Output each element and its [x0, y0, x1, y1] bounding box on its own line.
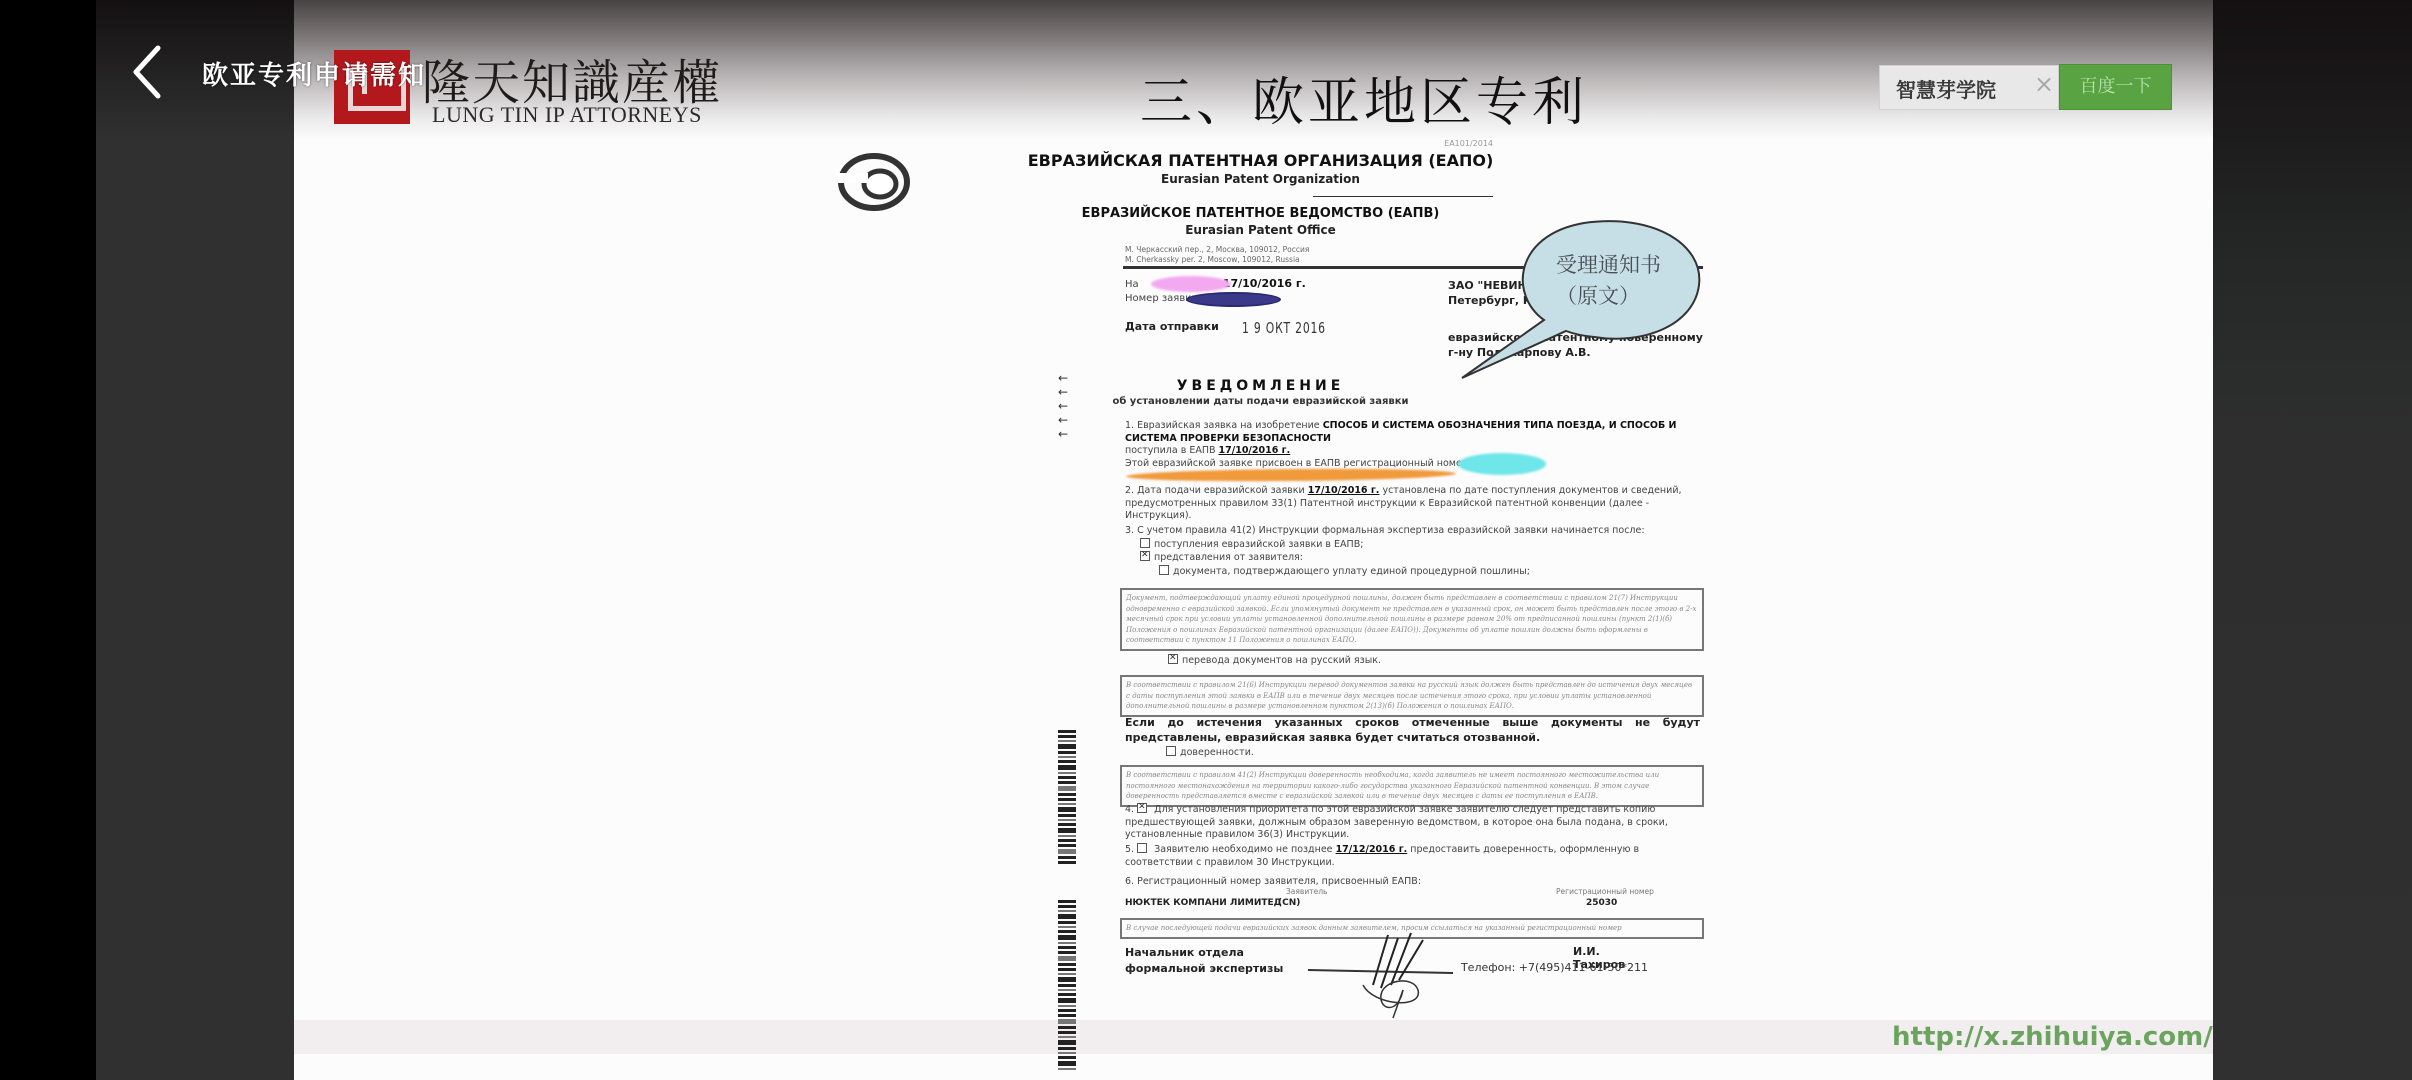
redaction-mark [1186, 292, 1281, 307]
firm-name-en: LUNG TIN IP ATTORNEYS [432, 102, 702, 128]
checkbox[interactable] [1140, 551, 1150, 561]
org-name-ru: ЕВРАЗИЙСКАЯ ПАТЕНТНАЯ ОРГАНИЗАЦИЯ (ЕАПО) [768, 151, 1723, 170]
letterbox-left [96, 0, 294, 1080]
send-date-stamp: 1 9 ОКТ 2016 [1242, 319, 1326, 337]
screen-edge-left [0, 0, 96, 1080]
close-icon[interactable]: × [2032, 70, 2056, 98]
page-title: 欧亚专利申请需知 [202, 55, 426, 92]
redaction-mark [1458, 453, 1546, 475]
letterbox-right [2213, 0, 2412, 1080]
checkbox[interactable] [1137, 843, 1147, 853]
address-ru: М. Черкасский пер., 2, Москва, 109012, Р… [1125, 245, 1309, 254]
checkbox[interactable] [1159, 565, 1169, 575]
item-5: 5. Заявителю необходимо не позднее 17/12… [1125, 843, 1700, 869]
divider [1313, 196, 1493, 197]
address-en: M. Cherkassky per. 2, Moscow, 109012, Ru… [1125, 255, 1300, 264]
note-box: Документ, подтверждающий уплату единой п… [1120, 588, 1704, 651]
checkbox[interactable] [1137, 803, 1147, 813]
search-input-value: 智慧芽学院 [1896, 74, 1996, 103]
callout-text: 受理通知书（原文） [1556, 250, 1666, 312]
checkbox-row: документа, подтверждающего уплату единой… [1159, 565, 1734, 579]
barcode-icon [1058, 900, 1076, 1065]
signer-phone: Телефон: +7(495)411-61-50*211 [1461, 961, 1648, 974]
video-slide: 隆天知識産權 LUNG TIN IP ATTORNEYS 三、欧亚地区专利 智慧… [294, 0, 2213, 1080]
slide-title: 三、欧亚地区专利 [1140, 60, 1588, 135]
notice-subtitle: об установлении даты подачи евразийской … [768, 396, 1723, 407]
org-name-en: Eurasian Patent Organization [768, 172, 1723, 186]
checkbox-row: поступления евразийской заявки в ЕАПВ; [1140, 538, 1715, 552]
binding-marks: ←←←←← [1058, 371, 1072, 441]
withdrawal-warning: Если до истечения указанных сроков отмеч… [1125, 715, 1700, 745]
note-box: В соответствии с правилом 21(6) Инструкц… [1120, 675, 1704, 717]
item-3: 3. С учетом правила 41(2) Инструкции фор… [1125, 525, 1700, 538]
redaction-mark [1151, 276, 1231, 292]
ref-prefix: На [1125, 279, 1139, 290]
barcode-icon [1058, 730, 1076, 860]
regnum-label: Регистрационный номер [1556, 887, 1654, 896]
note-box: В соответствии с правилом 41(2) Инструкц… [1120, 765, 1704, 807]
item-2: 2. Дата подачи евразийской заявки 17/10/… [1125, 485, 1700, 523]
applicant-label: Заявитель [1286, 887, 1327, 896]
checkbox-row: представления от заявителя: [1140, 551, 1715, 565]
form-code: EA101/2014 [1444, 139, 1493, 148]
checkbox[interactable] [1168, 654, 1178, 664]
chevron-left-icon[interactable] [128, 42, 168, 102]
item-1: 1. Евразийская заявка на изобретение СПО… [1125, 420, 1700, 470]
applicant-country: (CN) [1278, 898, 1300, 908]
checkbox-row: перевода документов на русский язык. [1168, 654, 1743, 668]
signature-icon [1303, 930, 1463, 1020]
send-date-label: Дата отправки [1125, 320, 1219, 333]
checkbox-row: доверенности. [1166, 746, 1741, 760]
applicant-name: НЮКТЕК КОМПАНИ ЛИМИТЕД [1125, 898, 1282, 908]
checkbox[interactable] [1166, 746, 1176, 756]
applicant-regnum: 25030 [1586, 898, 1617, 908]
checkbox[interactable] [1140, 538, 1150, 548]
search-button[interactable]: 百度一下 [2059, 64, 2172, 110]
watermark-url: http://x.zhihuiya.com/ [1892, 1022, 2213, 1052]
signer-title: Начальник отдела формальной экспертизы [1125, 945, 1295, 977]
item-4: 4. Для установления приоритета по этой е… [1125, 803, 1700, 842]
